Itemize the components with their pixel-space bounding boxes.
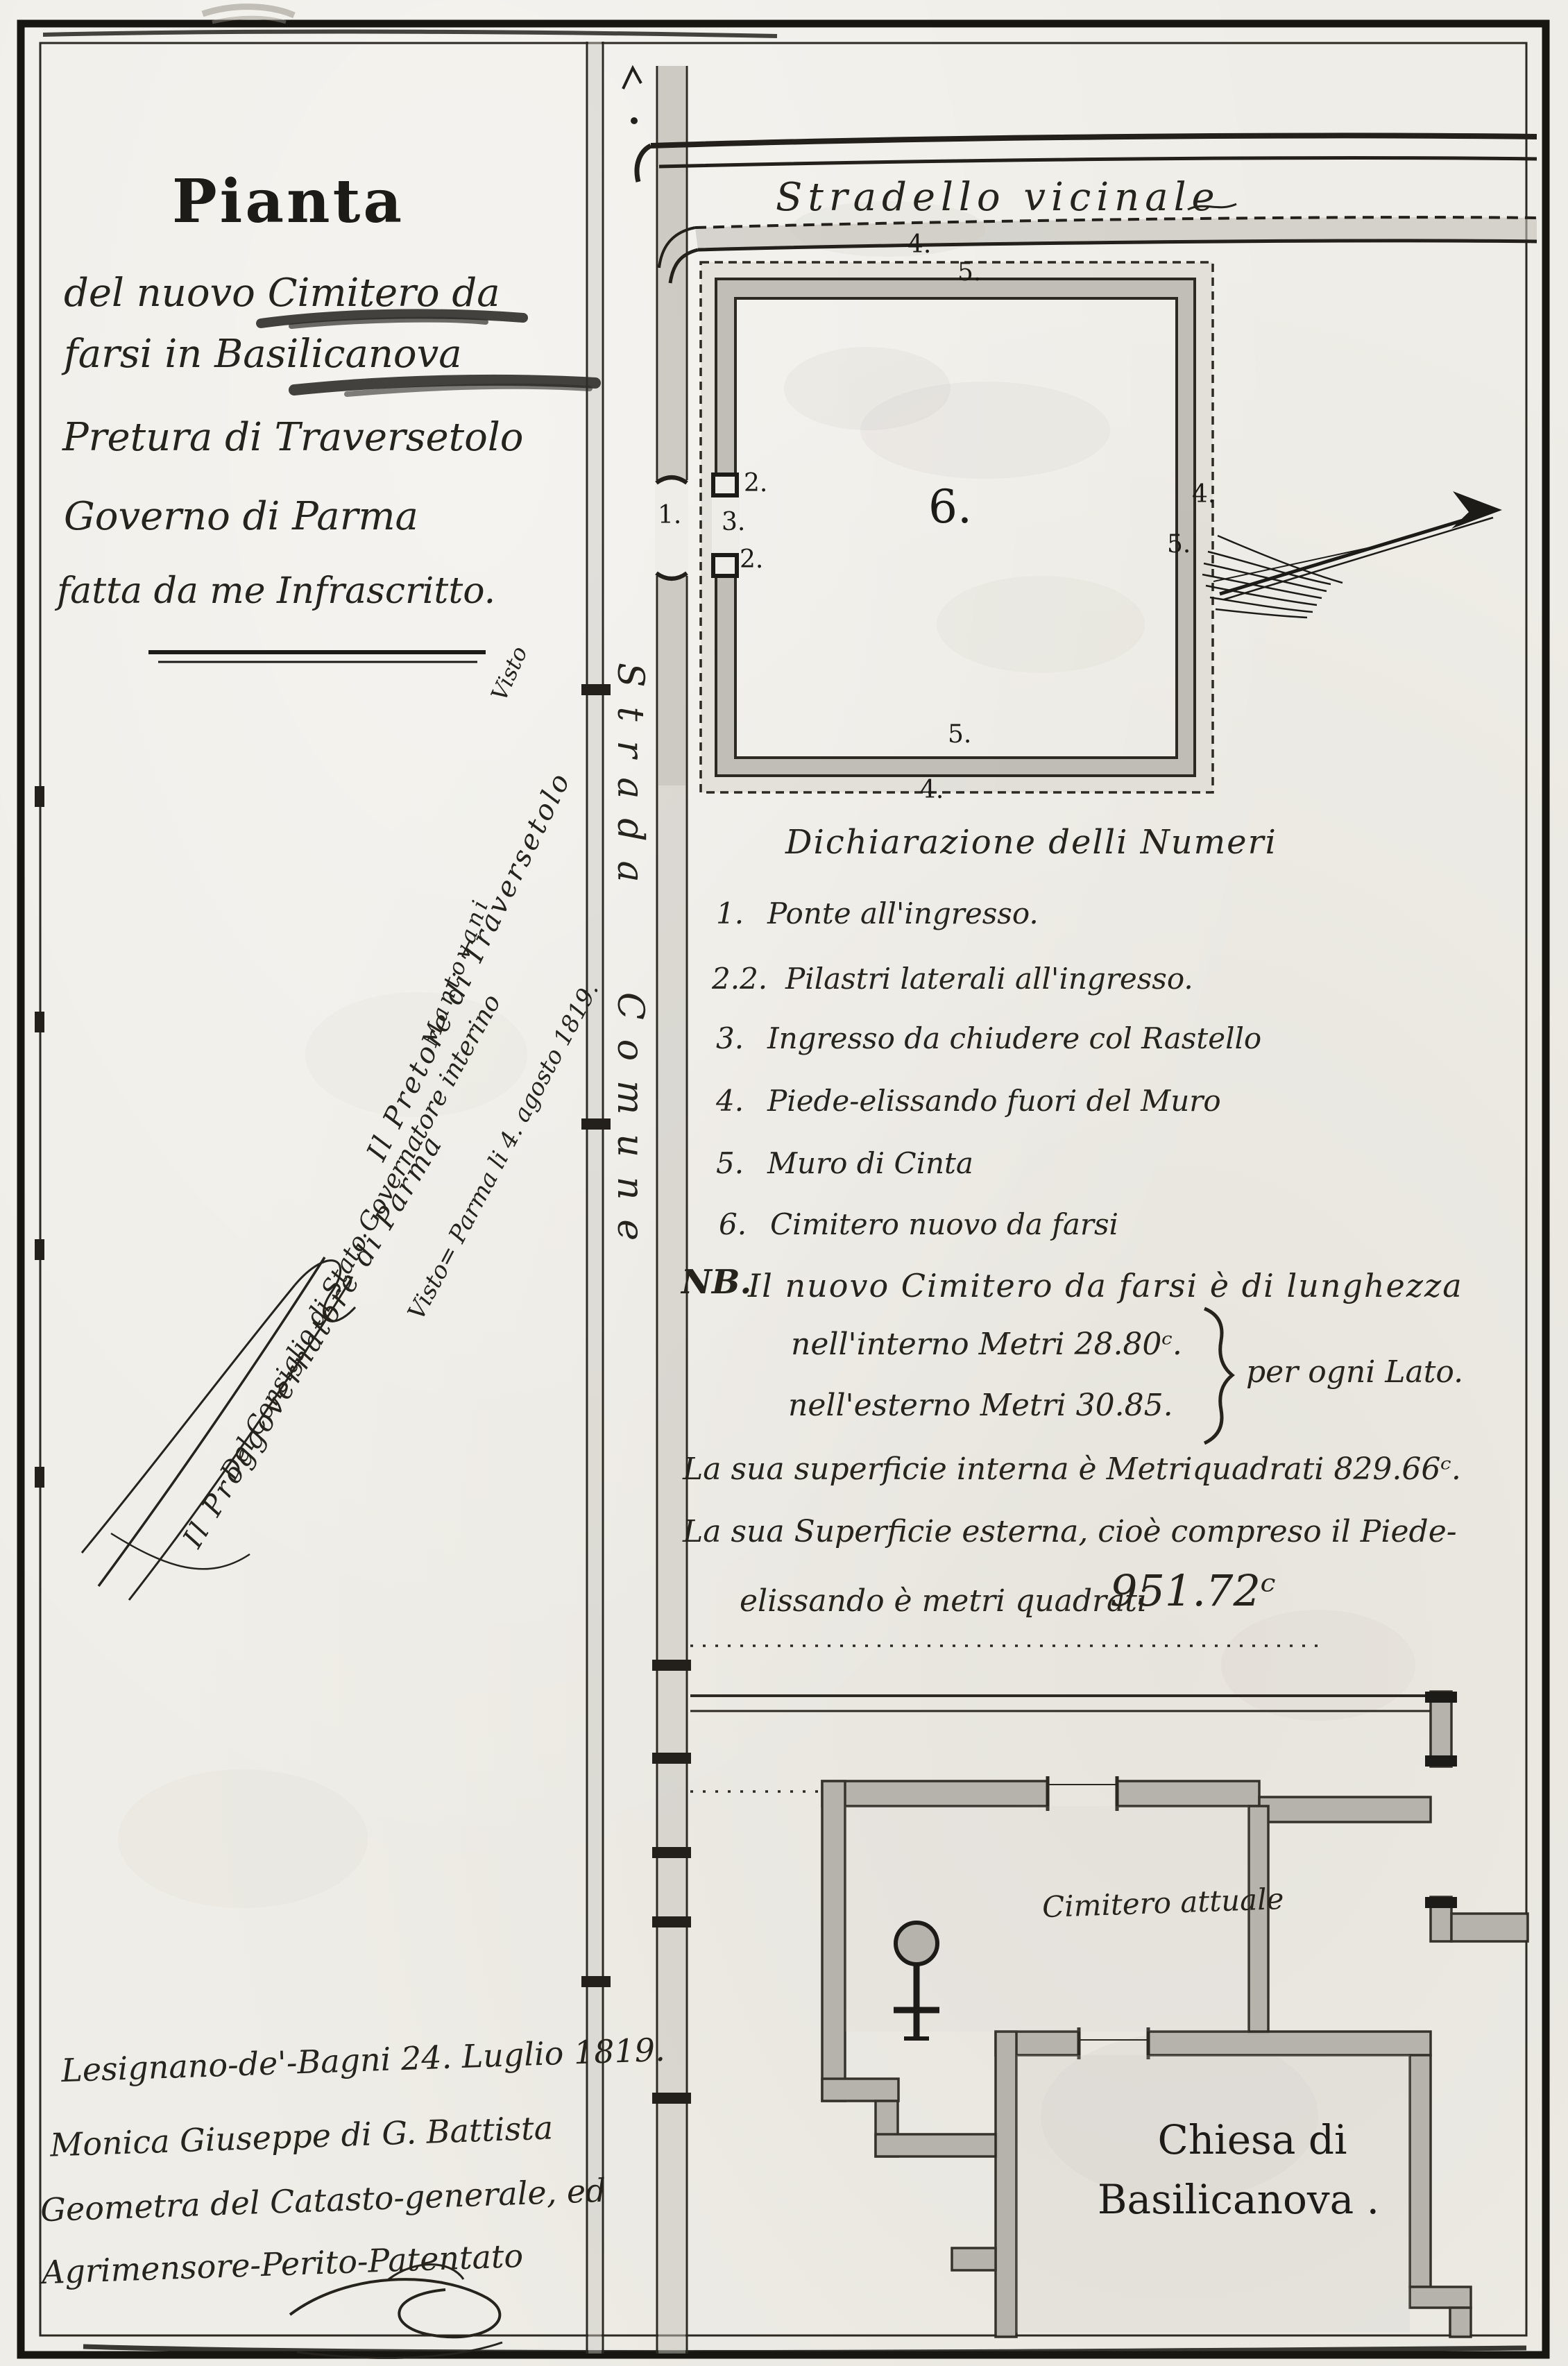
subtitle-line-2: farsi in Basilicanova [64,332,462,377]
legend-item-num: 3. [716,1021,744,1055]
legend-item-text: Ingresso da chiudere col Rastello [767,1021,1261,1055]
legend-nb-interno: nell'interno Metri 28.80ᶜ. [791,1327,1182,1362]
stradello-vicinale-label: Stradello vicinale [776,175,1220,220]
gate-pillar-bottom [713,555,737,576]
strada-label: Strada [609,663,651,902]
subtitle-line-5: fatta da me Infrascritto. [57,570,495,612]
legend-nb-esterno: nell'esterno Metri 30.85. [788,1388,1173,1423]
legend-area-line-3: elissando è metri quadrati [740,1583,1147,1619]
legend-area-line-1: La sua superficie interna è Metriquadrat… [683,1452,1461,1487]
mark-foot-south: 4. [920,776,944,804]
mark-wall-east: 5. [1167,530,1191,559]
mark-wall-south: 5. [948,720,971,749]
legend-brace [1204,1309,1232,1443]
subtitle-line-4: Governo di Parma [64,494,418,539]
legend-item-num: 5. [716,1146,744,1180]
legend-nb-line: Il nuovo Cimitero da farsi è di lunghezz… [748,1267,1463,1304]
subtitle-line-3: Pretura di Traversetolo [62,415,523,460]
gate-pillar-top [713,475,737,495]
mark-foot-east: 4. [1192,480,1216,509]
legend-item-num: 2.2. [712,962,767,996]
scanned-plan-page: Pianta del nuovo Cimitero da farsi in Ba… [0,0,1568,2366]
comune-label: Comune [609,992,651,1260]
mark-foot-top: 4. [907,230,931,259]
mark-pillar-top: 2. [744,469,767,497]
title-divider [148,652,486,662]
legend-item-num: 4. [716,1084,744,1118]
church-label-line-2: Basilicanova . [1075,2176,1401,2223]
church-label-line-1: Chiesa di [1089,2116,1415,2163]
lower-complex [690,1646,1528,2337]
page-title: Pianta [172,167,404,237]
legend-item-text: Cimitero nuovo da farsi [770,1207,1118,1241]
legend-item-text: Ponte all'ingresso. [767,896,1039,930]
legend-item-text: Piede-elissando fuori del Muro [767,1084,1221,1118]
legend-item-text: Pilastri laterali all'ingresso. [785,962,1193,996]
mark-wall-top: 5. [957,258,981,287]
subtitle-line-1: del nuovo Cimitero da [64,271,500,316]
legend-title: Dichiarazione delli Numeri [785,823,1277,862]
orientation-arrow [1202,491,1502,618]
mark-gate: 3. [722,508,745,536]
legend-nb-label: NB. [681,1263,751,1302]
mark-pillar-bottom: 2. [740,545,763,574]
legend-item-text: Muro di Cinta [767,1146,973,1180]
legend-brace-note: per ogni Lato. [1246,1354,1463,1390]
mark-bridge: 1. [658,501,681,529]
mark-new-cemetery: 6. [928,480,972,534]
legend-area-value: 951.72ᶜ [1110,1565,1276,1616]
legend-item-num: 1. [716,896,744,930]
legend-area-line-2: La sua Superficie esterna, cioè compreso… [683,1514,1457,1549]
legend-item-num: 6. [719,1207,747,1241]
